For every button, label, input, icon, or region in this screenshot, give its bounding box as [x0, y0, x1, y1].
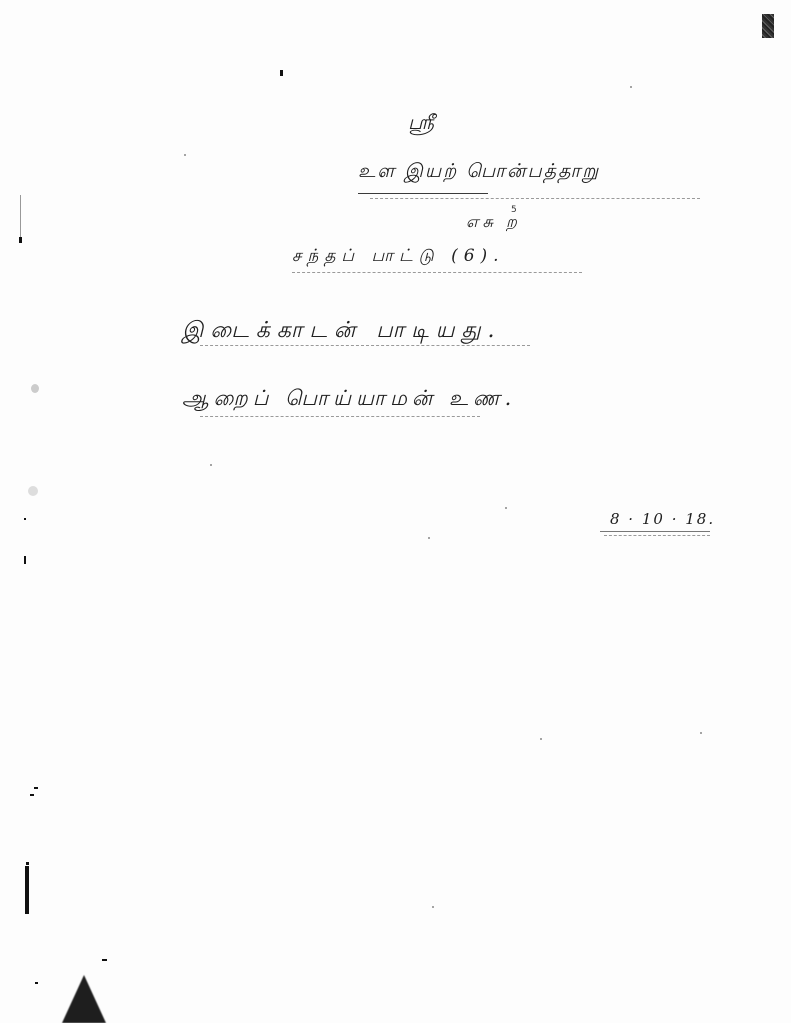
- date-underline: [600, 531, 710, 532]
- stray-ink-mark: [280, 70, 283, 76]
- author-line-underline: [200, 345, 530, 346]
- margin-mark-2: [19, 237, 22, 243]
- margin-mark-5: [34, 787, 38, 789]
- margin-speck-2: [28, 486, 38, 496]
- speck: [428, 537, 430, 539]
- speck: [184, 154, 186, 156]
- date: 8 · 10 · 18.: [610, 510, 715, 528]
- margin-mark-7: [26, 862, 29, 865]
- ink-blot-bottom-left: [62, 975, 106, 1023]
- speck: [432, 906, 434, 908]
- title-line-2: எசு ற: [466, 212, 521, 233]
- speck: [700, 732, 702, 734]
- speck: [540, 738, 542, 740]
- title-line-3: சந்தப் பாட்டு (6).: [292, 246, 505, 268]
- title-line-3-underline: [292, 272, 582, 273]
- author-line: இடைக்காடன் பாடியது.: [182, 318, 502, 346]
- speck: [210, 464, 212, 466]
- title-line-1-underline-faint: [370, 198, 700, 199]
- margin-mark-8: [102, 959, 107, 961]
- margin-speck-1: [31, 384, 39, 393]
- margin-bar: [25, 866, 29, 914]
- invocation-sri: ஸ்ரீ: [408, 110, 434, 137]
- margin-mark-3: [24, 518, 26, 520]
- commentary-line: ஆறைப் பொய்யாமன் உண.: [182, 386, 516, 413]
- title-line-1-underline: [358, 193, 488, 194]
- margin-mark-1: [20, 195, 21, 240]
- margin-mark-4: [24, 556, 26, 564]
- date-underline-faint: [604, 535, 710, 536]
- speck: [505, 507, 507, 509]
- margin-mark-6: [30, 794, 34, 796]
- title-line-1: உள இயற் பொன்பத்தாறு: [358, 160, 600, 185]
- margin-mark-9: [35, 982, 38, 984]
- scan-artifact-top-right: [762, 14, 774, 38]
- speck: [630, 86, 632, 88]
- manuscript-page: ஸ்ரீ உள இயற் பொன்பத்தாறு 5 எசு ற சந்தப் …: [0, 0, 791, 1023]
- commentary-line-underline: [200, 416, 480, 417]
